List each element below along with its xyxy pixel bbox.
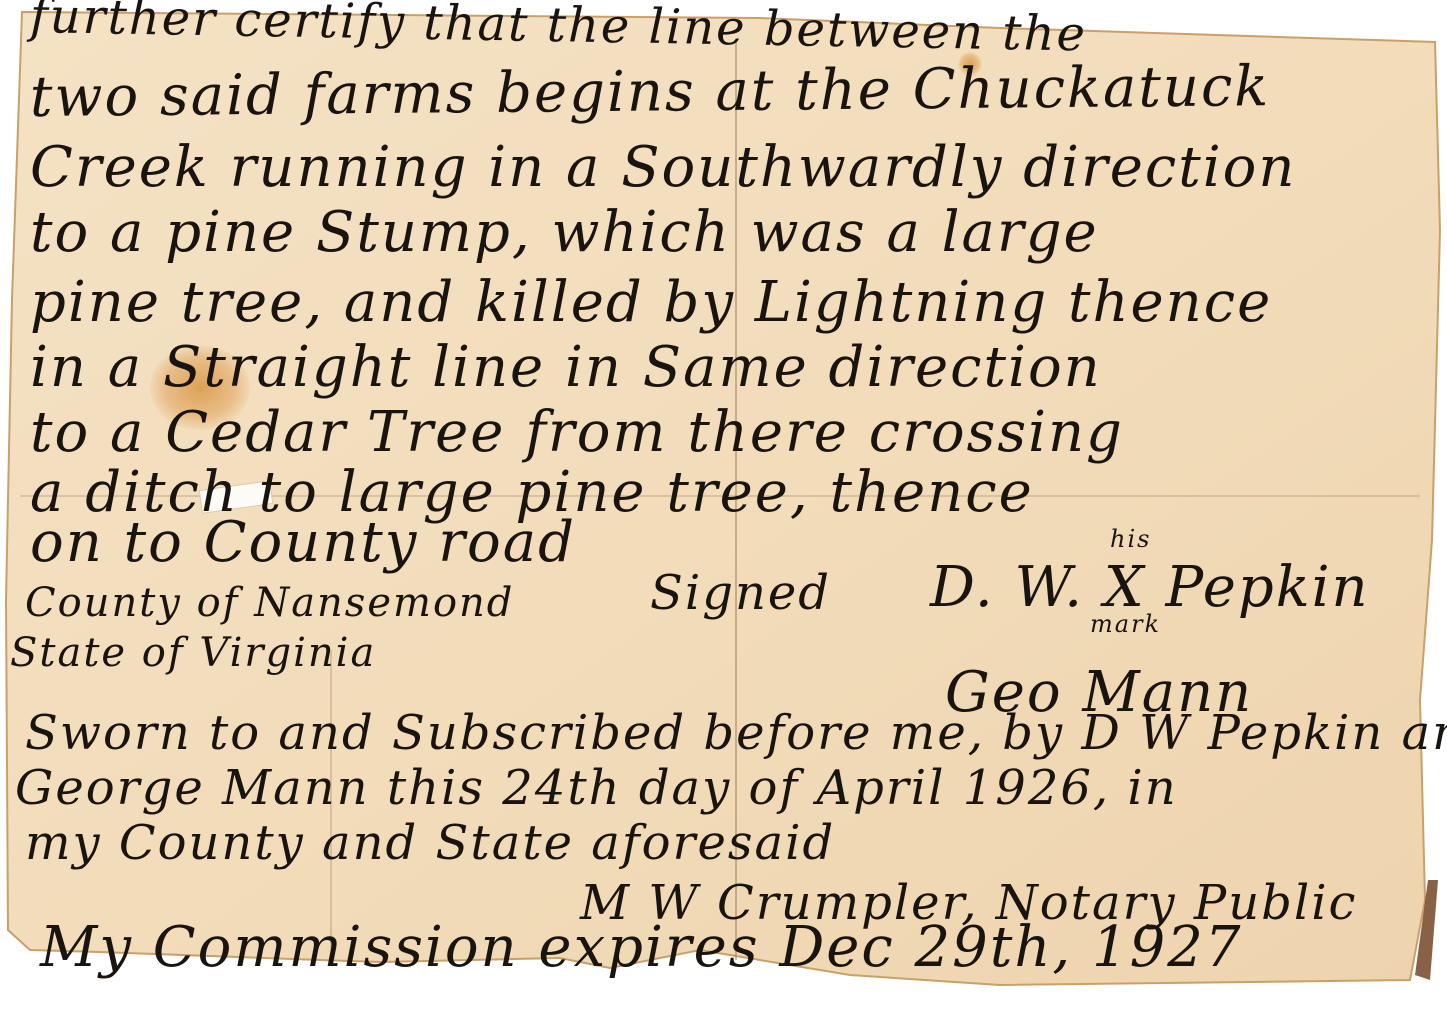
text-line-6: in a Straight line in Same direction — [30, 335, 1102, 400]
venue-state: State of Virginia — [10, 630, 376, 676]
text-line-5: pine tree, and killed by Lightning thenc… — [30, 270, 1272, 335]
venue-county: County of Nansemond — [25, 580, 514, 626]
mark-label: mark — [1090, 610, 1161, 638]
jurat-line-1: Sworn to and Subscribed before me, by D … — [25, 705, 1447, 761]
commission-expiry: My Commission expires Dec 29th, 1927 — [40, 915, 1243, 980]
document-page: further certify that the line between th… — [0, 0, 1447, 1024]
jurat-line-3: my County and State aforesaid — [25, 815, 835, 871]
text-line-7: to a Cedar Tree from there crossing — [30, 400, 1124, 465]
text-line-2: two said farms begins at the Chuckatuck — [30, 54, 1271, 130]
text-line-4: to a pine Stump, which was a large — [30, 200, 1099, 265]
text-line-3: Creek running in a Southwardly direction — [30, 135, 1296, 200]
text-line-9: on to County road — [30, 510, 576, 575]
jurat-line-2: George Mann this 24th day of April 1926,… — [15, 760, 1178, 816]
signed-label: Signed — [650, 565, 831, 621]
his-label: his — [1110, 525, 1151, 553]
